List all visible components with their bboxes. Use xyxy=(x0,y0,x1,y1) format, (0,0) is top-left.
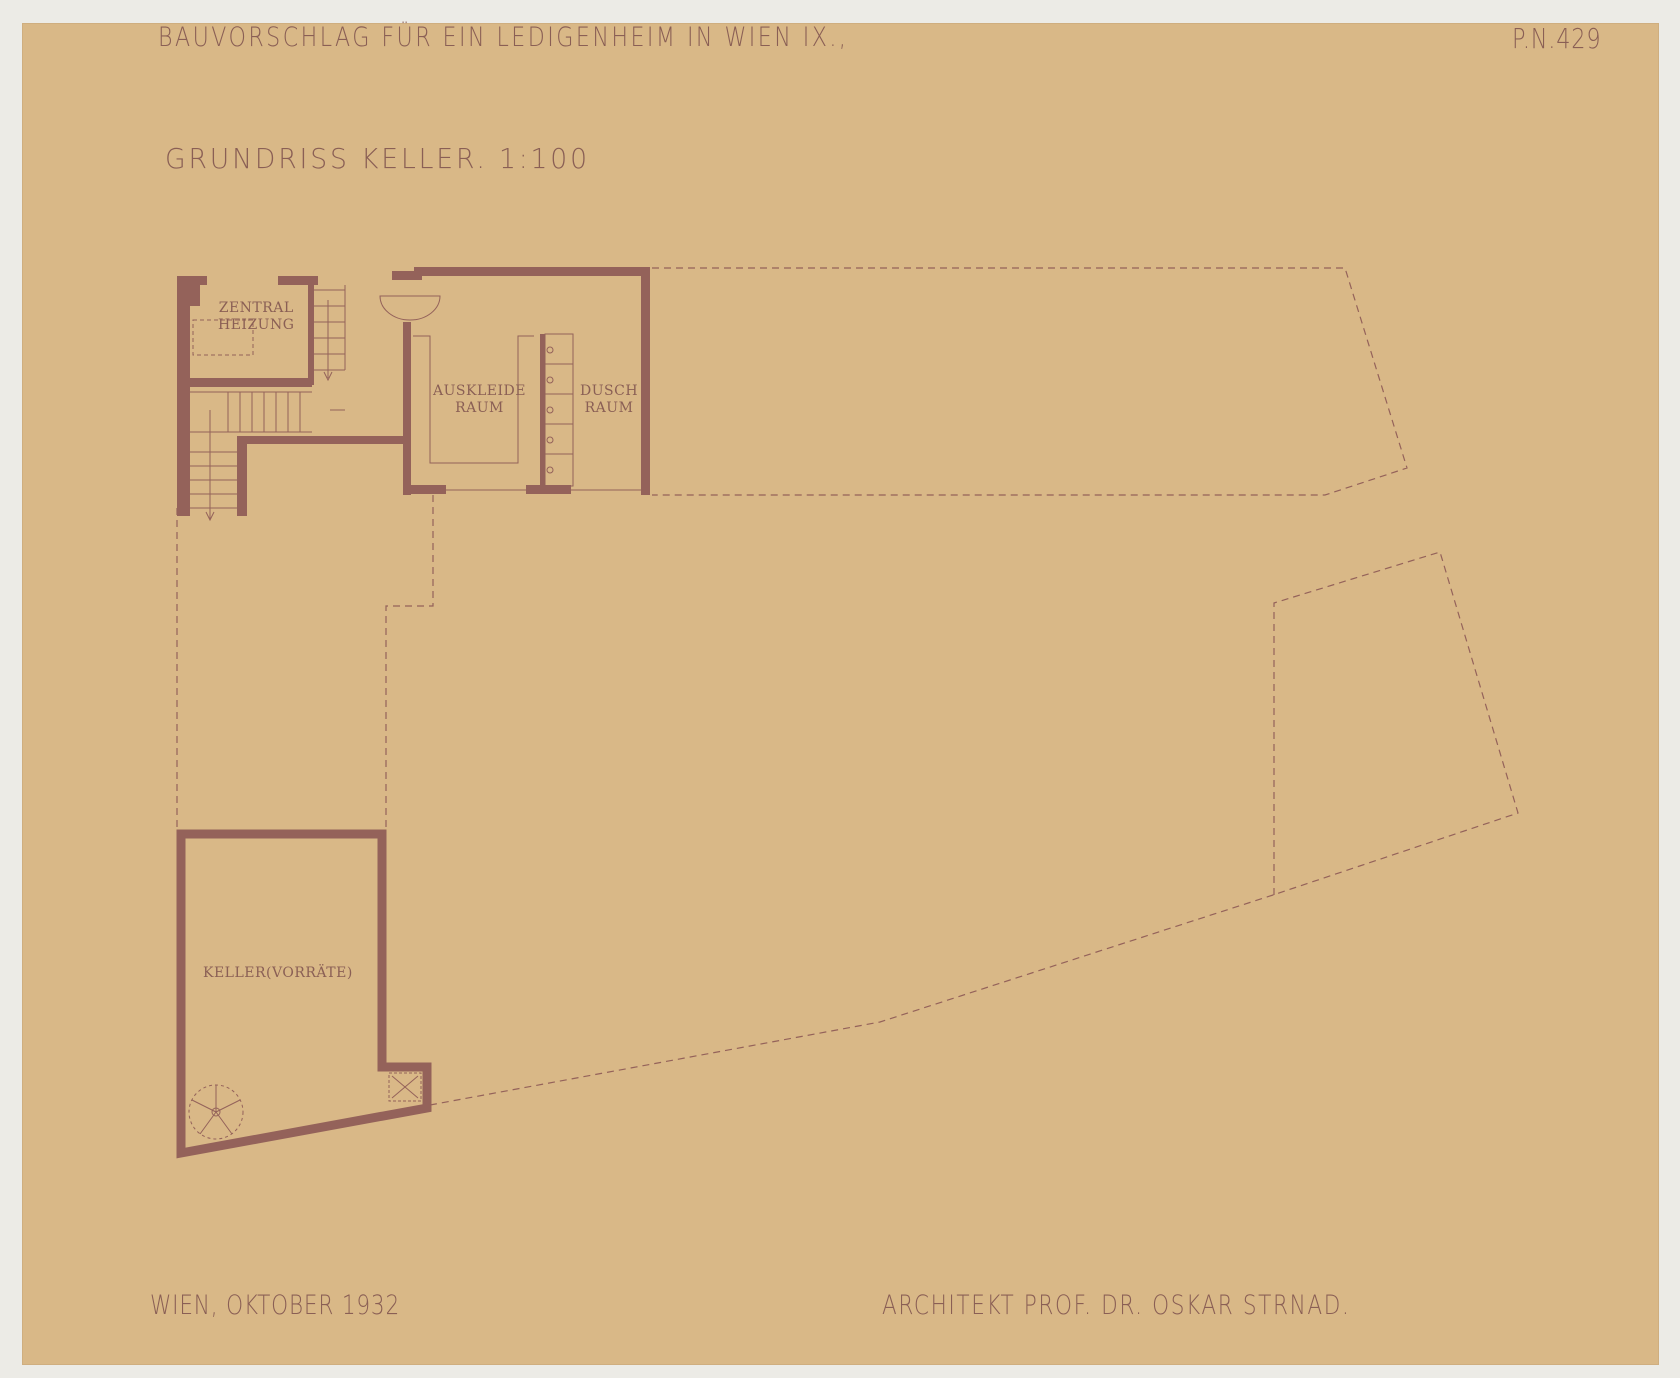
spiral-stair xyxy=(189,1085,243,1139)
fixtures xyxy=(189,285,641,1139)
room-label-line: HEIZUNG xyxy=(218,317,294,334)
room-label-duschraum: DUSCH RAUM xyxy=(580,383,638,417)
wall xyxy=(237,436,247,516)
door-swing xyxy=(380,296,440,320)
dashed-outline-courtyard xyxy=(430,552,1518,1105)
room-label-keller: KELLER(VORRÄTE) xyxy=(203,965,353,982)
footer-date: WIEN, OKTOBER 1932 xyxy=(150,1290,400,1321)
keller-outline xyxy=(181,834,427,1153)
wall xyxy=(177,276,207,285)
wall xyxy=(308,285,314,385)
wall xyxy=(403,322,411,495)
room-label-line: KELLER(VORRÄTE) xyxy=(203,965,353,982)
keller-walls xyxy=(181,834,427,1153)
basement-floor-plan xyxy=(0,0,1680,1378)
wall xyxy=(237,436,407,444)
wall xyxy=(278,276,318,285)
wall xyxy=(177,276,190,516)
wall xyxy=(414,267,650,276)
room-label-line: DUSCH xyxy=(580,383,638,400)
footer-architect: ARCHITEKT PROF. DR. OSKAR STRNAD. xyxy=(882,1290,1350,1321)
wall xyxy=(641,267,650,495)
dashed-outline-upper-wing xyxy=(652,268,1407,495)
room-label-line: AUSKLEIDE xyxy=(433,383,526,400)
stair-upper xyxy=(314,285,345,380)
stair-lower xyxy=(190,392,312,520)
wall xyxy=(190,284,200,306)
room-label-line: ZENTRAL xyxy=(218,300,294,317)
room-label-line: RAUM xyxy=(433,400,526,417)
wall xyxy=(540,334,545,486)
dashed-outline-middle xyxy=(386,495,433,830)
room-label-zentralheizung: ZENTRAL HEIZUNG xyxy=(218,300,294,334)
room-label-line: RAUM xyxy=(580,400,638,417)
room-label-auskleideraum: AUSKLEIDE RAUM xyxy=(433,383,526,417)
wall xyxy=(177,378,312,387)
shower-stalls xyxy=(545,334,573,486)
